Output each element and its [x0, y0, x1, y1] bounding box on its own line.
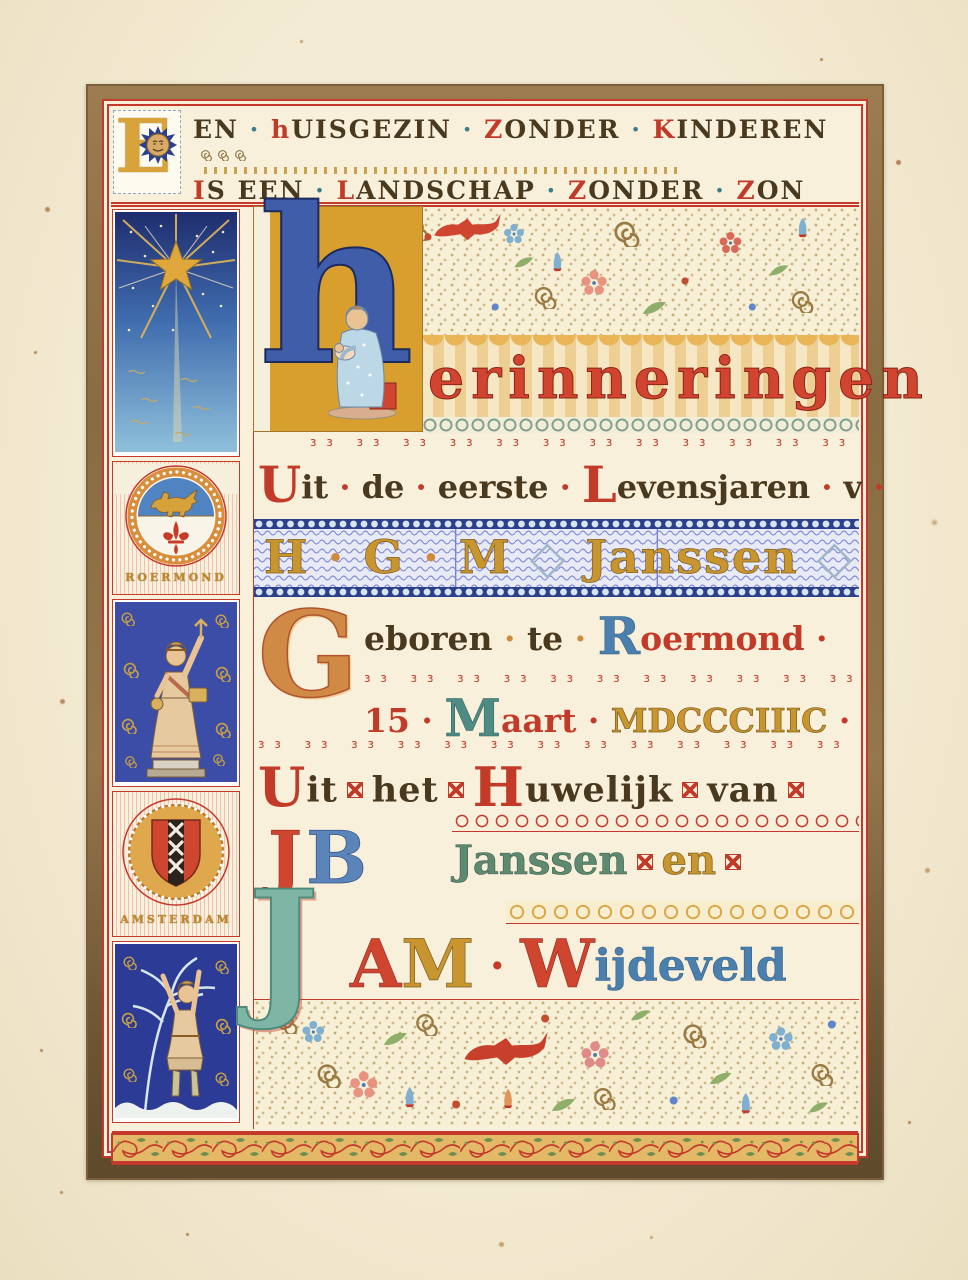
subtitle-line: Uit · de · eerste · Levensjaren · v · [258, 455, 884, 514]
red-tick-ornament: ɜɜ ɜɜ ɜɜ ɜɜ ɜɜ ɜɜ ɜɜ ɜɜ ɜɜ ɜɜ ɜɜ ɜɜ ɜɜ ɜ… [310, 435, 855, 451]
left-decorative-column: ROERMOND [111, 207, 243, 1129]
motto-line-1: EN · hUISGEZIN · ZONDER · KINDEREN [193, 114, 859, 145]
mother-line: AM · Wijdeveld [350, 925, 787, 1003]
bottom-vine-border [111, 1133, 859, 1163]
fox-icon [465, 1032, 548, 1065]
filigree-decor [254, 1000, 859, 1126]
manuscript-sheet: E EN · hUISGEZIN · ZONDER · KINDEREN IS … [102, 99, 868, 1158]
star-panel [112, 209, 240, 457]
red-vine-strip [452, 811, 859, 832]
painted-frame: E EN · hUISGEZIN · ZONDER · KINDEREN IS … [86, 84, 884, 1180]
amsterdam-arms-icon [115, 794, 237, 912]
green-scroll-strip [422, 417, 859, 433]
main-text-column: H [253, 207, 859, 1129]
gold-vine-strip [506, 901, 859, 924]
initial-h-illumination: H [254, 207, 422, 431]
robed-figure-icon [115, 602, 237, 782]
roermond-arms-icon [115, 464, 237, 570]
mother-and-child-icon [312, 291, 412, 421]
father-line: Janssenen [454, 837, 750, 884]
figure-with-tree-icon [115, 944, 237, 1118]
initial-g-letter: G [254, 593, 362, 717]
roermond-medallion: ROERMOND [112, 461, 240, 595]
title-band: erinneringen [422, 335, 859, 419]
amsterdam-label: AMSTERDAM [115, 912, 237, 928]
dragon-icon [434, 214, 500, 240]
allegorical-figure-panel [112, 599, 240, 787]
name-band: H · G · M ◇ Janssen ◇ [254, 529, 859, 587]
banner-initial-e: E [113, 110, 181, 194]
content-columns: ROERMOND [111, 207, 859, 1129]
amsterdam-medallion: AMSTERDAM [112, 791, 240, 937]
page-title: erinneringen [428, 345, 859, 412]
born-line: eboren · te · Roermond · [364, 607, 828, 667]
star-icon [115, 212, 237, 452]
artwork-page: E EN · hUISGEZIN · ZONDER · KINDEREN IS … [0, 0, 968, 1280]
foxing-spots [0, 0, 3, 3]
beaded-border [254, 519, 859, 529]
mother-initial-j: J [248, 871, 319, 1021]
child-name: H · G · M ◇ Janssen ◇ [264, 530, 854, 584]
red-tick-ornament: ɜɜ ɜɜ ɜɜ ɜɜ ɜɜ ɜɜ ɜɜ ɜɜ ɜɜ ɜɜ ɜɜ ɜɜ ɜɜ ɜ… [364, 671, 855, 687]
spiral-ornament [199, 147, 247, 166]
sun-face-icon [138, 125, 178, 165]
red-tick-ornament: ɜɜ ɜɜ ɜɜ ɜɜ ɜɜ ɜɜ ɜɜ ɜɜ ɜɜ ɜɜ ɜɜ ɜɜ ɜɜ ɜ… [258, 737, 855, 753]
wedlock-line: UithetHuwelijkvan [258, 755, 813, 819]
roermond-label: ROERMOND [115, 570, 237, 586]
vine-pattern [113, 1135, 857, 1161]
bottom-filigree-panel [254, 999, 859, 1126]
motto-banner: E EN · hUISGEZIN · ZONDER · KINDEREN IS … [111, 108, 859, 207]
tree-figure-panel [112, 941, 240, 1123]
